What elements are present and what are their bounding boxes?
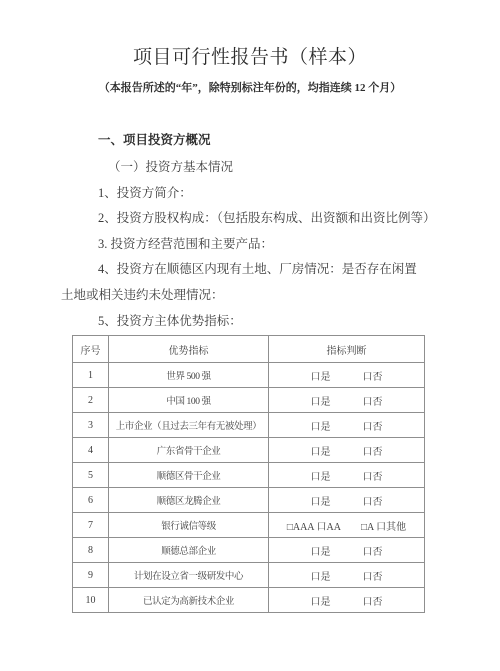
option-yes: 口是 [311, 418, 331, 433]
option-no: 口否 [363, 493, 383, 508]
option-no: 口否 [363, 468, 383, 483]
option-yes: 口是 [311, 393, 331, 408]
judgment-cell: 口是 口否 [269, 438, 425, 463]
row-number: 3 [73, 413, 109, 438]
judgment-cell: 口是 口否 [269, 538, 425, 563]
table-row: 5 顺德区骨干企业 口是 口否 [73, 463, 425, 488]
document-page: 项目可行性报告书（样本） （本报告所述的“年”，除特别标注年份的，均指连续 12… [0, 0, 500, 671]
indicator-label: 银行诚信等级 [109, 513, 269, 538]
list-item-1: 1、投资方简介： [98, 186, 192, 201]
row-number: 6 [73, 488, 109, 513]
judgment-cell: 口是 口否 [269, 363, 425, 388]
indicator-label: 广东省骨干企业 [109, 438, 269, 463]
indicator-label: 计划在设立省一级研发中心 [109, 563, 269, 588]
indicator-label: 已认定为高新技术企业 [109, 588, 269, 613]
table-row: 3 上市企业（且过去三年有无被处理） 口是 口否 [73, 413, 425, 438]
option-yes: 口是 [311, 368, 331, 383]
row-number: 2 [73, 388, 109, 413]
table-row: 7 银行诚信等级 □AAA 口AA □A 口其他 [73, 513, 425, 538]
table-row: 8 顺德总部企业 口是 口否 [73, 538, 425, 563]
option-yes: 口是 [311, 443, 331, 458]
header-judgment: 指标判断 [269, 336, 425, 363]
row-number: 8 [73, 538, 109, 563]
option-rating-low: □A 口其他 [361, 518, 406, 533]
list-item-5: 5、投资方主体优势指标： [98, 314, 242, 329]
header-indicator: 优势指标 [109, 336, 269, 363]
table-header-row: 序号 优势指标 指标判断 [73, 336, 425, 363]
option-no: 口否 [363, 418, 383, 433]
table-row: 10 已认定为高新技术企业 口是 口否 [73, 588, 425, 613]
judgment-cell: 口是 口否 [269, 588, 425, 613]
list-item-4-continuation: 土地或相关违约未处理情况： [61, 288, 224, 303]
judgment-cell: 口是 口否 [269, 413, 425, 438]
table-row: 6 顺德区龙腾企业 口是 口否 [73, 488, 425, 513]
judgment-cell: 口是 口否 [269, 463, 425, 488]
option-no: 口否 [363, 393, 383, 408]
indicator-label: 顺德区骨干企业 [109, 463, 269, 488]
page-subtitle: （本报告所述的“年”，除特别标注年份的，均指连续 12 个月） [0, 79, 500, 95]
indicators-table: 序号 优势指标 指标判断 1 世界 500 强 口是 口否 2 中国 100 强… [72, 335, 425, 613]
option-yes: 口是 [311, 593, 331, 608]
row-number: 7 [73, 513, 109, 538]
table-row: 4 广东省骨干企业 口是 口否 [73, 438, 425, 463]
table-row: 1 世界 500 强 口是 口否 [73, 363, 425, 388]
table-row: 2 中国 100 强 口是 口否 [73, 388, 425, 413]
table-row: 9 计划在设立省一级研发中心 口是 口否 [73, 563, 425, 588]
option-yes: 口是 [311, 493, 331, 508]
row-number: 5 [73, 463, 109, 488]
header-no: 序号 [73, 336, 109, 363]
indicator-label: 上市企业（且过去三年有无被处理） [109, 413, 269, 438]
list-item-2: 2、投资方股权构成：（包括股东构成、出资额和出资比例等） [98, 211, 436, 226]
row-number: 10 [73, 588, 109, 613]
indicator-label: 顺德区龙腾企业 [109, 488, 269, 513]
option-no: 口否 [363, 568, 383, 583]
indicator-label: 中国 100 强 [109, 388, 269, 413]
list-item-3: 3. 投资方经营范围和主要产品： [98, 237, 273, 252]
list-item-4: 4、投资方在顺德区内现有土地、厂房情况：是否存在闲置 [98, 262, 417, 277]
option-no: 口否 [363, 593, 383, 608]
option-no: 口否 [363, 443, 383, 458]
judgment-cell: 口是 口否 [269, 388, 425, 413]
indicator-label: 顺德总部企业 [109, 538, 269, 563]
row-number: 9 [73, 563, 109, 588]
option-yes: 口是 [311, 568, 331, 583]
option-rating-high: □AAA 口AA [287, 518, 341, 533]
row-number: 4 [73, 438, 109, 463]
section-heading: 一、项目投资方概况 [98, 133, 211, 148]
judgment-cell: 口是 口否 [269, 488, 425, 513]
judgment-cell: 口是 口否 [269, 563, 425, 588]
judgment-cell: □AAA 口AA □A 口其他 [269, 513, 425, 538]
page-title: 项目可行性报告书（样本） [0, 42, 500, 69]
indicator-label: 世界 500 强 [109, 363, 269, 388]
row-number: 1 [73, 363, 109, 388]
option-no: 口否 [363, 543, 383, 558]
option-no: 口否 [363, 368, 383, 383]
subsection-heading: （一）投资方基本情况 [108, 160, 233, 175]
option-yes: 口是 [311, 468, 331, 483]
option-yes: 口是 [311, 543, 331, 558]
